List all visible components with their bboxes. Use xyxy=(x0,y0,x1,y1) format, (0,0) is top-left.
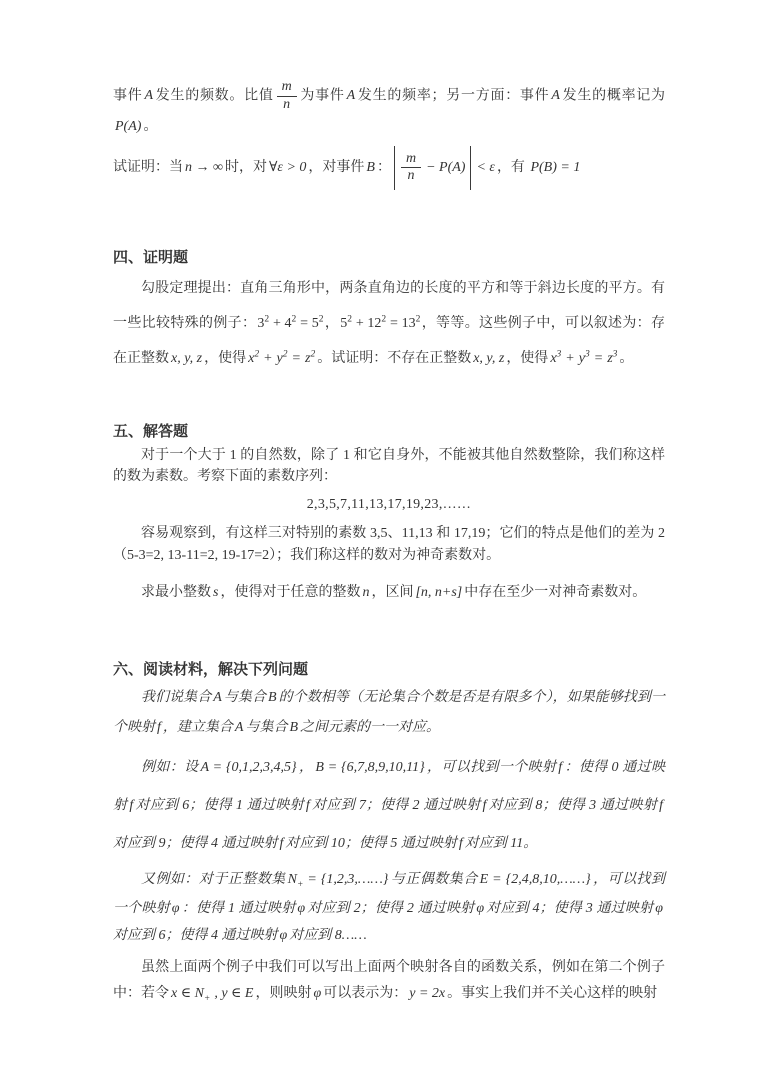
math-run: φ xyxy=(280,928,288,943)
text-run: 对应到 7；使得 2 通过映射 xyxy=(312,798,481,813)
text-run: 对应到 11。 xyxy=(465,836,537,851)
paragraph-example-mapping-phi: 又例如：对于正整数集N+= {1,2,3,……}与正偶数集合E = {2,4,8… xyxy=(113,866,665,949)
text-run: ，区间 xyxy=(371,585,413,600)
math-run: n → ∞ xyxy=(185,160,223,175)
math-run: x, y, z xyxy=(171,351,202,366)
superscript-term: 122 xyxy=(367,316,386,331)
document-page: 事件A发生的频数。比值mn为事件A发生的频率；另一方面：事件A发生的概率记为P(… xyxy=(0,0,762,1079)
text-run: ， xyxy=(299,760,314,775)
text-run: 又例如：对于正整数集 xyxy=(141,872,286,887)
page-content: 事件A发生的频数。比值mn为事件A发生的频率；另一方面：事件A发生的概率记为P(… xyxy=(113,80,665,1007)
text-run: 与正偶数集合 xyxy=(390,872,477,887)
text-run: 与集合 xyxy=(224,690,266,705)
text-run: ，对事件 xyxy=(308,160,364,175)
fraction: mn xyxy=(277,80,297,112)
text-run: ，可以找到一个映射 xyxy=(427,760,557,775)
math-run: A xyxy=(213,690,222,705)
text-run: 与集合 xyxy=(245,720,287,735)
math-run: φ xyxy=(172,901,180,916)
subscript-term: N+ xyxy=(288,872,304,887)
superscript-term: 52 xyxy=(340,316,352,331)
paragraph-example-mapping-f: 例如：设A = {0,1,2,3,4,5}，B = {6,7,8,9,10,11… xyxy=(113,749,665,862)
text-run: ： xyxy=(377,160,391,175)
math-run: A xyxy=(551,88,560,103)
math-run: P(B) = 1 xyxy=(530,160,580,175)
text-run: 我们说集合 xyxy=(141,690,211,705)
superscript-term: z3 xyxy=(607,351,617,366)
text-run: 发生的频数。比值 xyxy=(155,88,274,103)
text-run: 时，对 xyxy=(225,160,267,175)
paragraph-prove-limit: 试证明：当n → ∞时，对∀ε > 0，对事件B：mn− P(A)< ε，有 P… xyxy=(113,146,665,190)
text-run: 例如：设 xyxy=(141,760,198,775)
text-run: ，使得 xyxy=(506,351,548,366)
text-run: ，使得对于任意的整数 xyxy=(220,585,360,600)
paragraph-prime-definition: 对于一个大于 1 的自然数，除了 1 和它自身外，不能被其他自然数整除，我们称这… xyxy=(113,445,665,488)
heading-section-4: 四、证明题 xyxy=(113,246,665,267)
superscript-term: z2 xyxy=(305,351,315,366)
paragraph-find-smallest-s: 求最小整数s，使得对于任意的整数n，区间[n, n+s]中存在至少一对神奇素数对… xyxy=(113,581,665,606)
math-run: n xyxy=(362,585,369,600)
math-run: B xyxy=(366,160,375,175)
superscript-term: y3 xyxy=(579,351,590,366)
text-run: 可以表示为： xyxy=(323,986,407,1001)
text-run: 对应到 6；使得 4 通过映射 xyxy=(113,928,278,943)
math-run: φ xyxy=(476,901,484,916)
superscript-term: 42 xyxy=(285,316,297,331)
math-run: A = {0,1,2,3,4,5} xyxy=(200,760,296,775)
math-run: E = {2,4,8,10,……} xyxy=(480,872,591,887)
math-run: + xyxy=(272,316,281,331)
text-run: 发生的频率；另一方面：事件 xyxy=(357,88,549,103)
text-run: 试证明：当 xyxy=(113,160,183,175)
math-run: ∀ε > 0 xyxy=(269,160,306,175)
math-run: φ xyxy=(313,986,321,1001)
text-run: 发生的概率记为 xyxy=(562,88,665,103)
absolute-value-bar xyxy=(394,146,395,190)
math-run: f xyxy=(157,720,161,735)
text-run: 。试证明：不存在正整数 xyxy=(317,351,471,366)
math-run: x, y, z xyxy=(473,351,504,366)
superscript-term: x3 xyxy=(550,351,561,366)
math-run: < ε xyxy=(476,160,494,175)
paragraph-function-relation: 虽然上面两个例子中我们可以写出上面两个映射各自的函数关系，例如在第二个例子中：若… xyxy=(113,955,665,1007)
superscript-term: 132 xyxy=(402,316,421,331)
text-run: ， xyxy=(325,316,340,331)
text-run: 对应到 9；使得 4 通过映射 xyxy=(113,836,278,851)
math-run: = xyxy=(594,351,603,366)
text-run: ，使得 xyxy=(204,351,246,366)
math-run: f xyxy=(459,836,463,851)
math-run: = xyxy=(389,316,398,331)
text-run: 。事实上我们并不关心这样的映射 xyxy=(447,986,657,1001)
superscript-term: y2 xyxy=(277,351,288,366)
fraction: mn xyxy=(401,152,421,184)
text-run: 对应到 2；使得 2 通过映射 xyxy=(307,901,474,916)
math-run: f xyxy=(558,760,562,775)
paragraph-frequency-intro: 事件A发生的频数。比值mn为事件A发生的频率；另一方面：事件A发生的概率记为P(… xyxy=(113,80,665,142)
absolute-value-bar xyxy=(470,146,471,190)
math-run: + xyxy=(565,351,574,366)
text-run: ：使得 1 通过映射 xyxy=(182,901,296,916)
math-run: φ xyxy=(297,901,305,916)
math-run: B xyxy=(268,690,277,705)
math-run: B = {6,7,8,9,10,11} xyxy=(315,760,424,775)
text-run: ，有 xyxy=(497,160,529,175)
text-run: 。 xyxy=(143,119,157,134)
math-run: f xyxy=(306,798,310,813)
math-run: = {1,2,3,……} xyxy=(307,872,388,887)
heading-section-6: 六、阅读材料，解决下列问题 xyxy=(113,658,665,679)
text-run: 之间元素的一一对应。 xyxy=(300,720,440,735)
math-run: − P(A) xyxy=(426,160,465,175)
math-run: = xyxy=(299,316,308,331)
math-run: f xyxy=(659,798,663,813)
math-run: f xyxy=(483,798,487,813)
text-run: ，则映射 xyxy=(255,986,311,1001)
subscript-term: x ∈ N+ xyxy=(171,986,210,1001)
superscript-term: x2 xyxy=(248,351,259,366)
paragraph-magic-prime-pairs: 容易观察到，有这样三对特别的素数 3,5、11,13 和 17,19；它们的特点… xyxy=(113,523,665,568)
paragraph-pythagorean-fermat: 勾股定理提出：直角三角形中，两条直角边的长度的平方和等于斜边长度的平方。有一些比… xyxy=(113,271,665,376)
math-run: f xyxy=(129,798,133,813)
math-run: P(A) xyxy=(115,119,141,134)
math-run: [n, n+s] xyxy=(415,585,462,600)
text-run: 求最小整数 xyxy=(141,585,211,600)
math-run: f xyxy=(280,836,284,851)
math-run: + xyxy=(263,351,272,366)
paragraph-set-cardinality: 我们说集合A与集合B的个数相等（无论集合个数是否是有限多个），如果能够找到一个映… xyxy=(113,683,665,743)
text-run: 对应到 6；使得 1 通过映射 xyxy=(135,798,304,813)
math-run: , y ∈ E xyxy=(214,986,253,1001)
math-run: A xyxy=(347,88,356,103)
text-run: 。 xyxy=(619,351,633,366)
math-run: B xyxy=(289,720,298,735)
text-run: 事件 xyxy=(113,88,142,103)
text-run: 对应到 8…… xyxy=(289,928,366,943)
math-run: + xyxy=(355,316,364,331)
superscript-term: 52 xyxy=(312,316,324,331)
text-run: 为事件 xyxy=(300,88,345,103)
prime-sequence-line: 2,3,5,7,11,13,17,19,23,…… xyxy=(113,494,665,516)
math-run: = xyxy=(292,351,301,366)
math-run: φ xyxy=(655,901,663,916)
math-run: y = 2x xyxy=(409,986,445,1001)
text-run: 对应到 10；使得 5 通过映射 xyxy=(285,836,457,851)
superscript-term: 32 xyxy=(257,316,269,331)
text-run: 对应到 4；使得 3 通过映射 xyxy=(486,901,653,916)
text-run: ，建立集合 xyxy=(163,720,233,735)
math-run: A xyxy=(144,88,153,103)
math-run: A xyxy=(235,720,244,735)
text-run: 中存在至少一对神奇素数对。 xyxy=(464,585,646,600)
math-run: s xyxy=(213,585,218,600)
text-run: 对应到 8；使得 3 通过映射 xyxy=(488,798,657,813)
heading-section-5: 五、解答题 xyxy=(113,420,665,441)
